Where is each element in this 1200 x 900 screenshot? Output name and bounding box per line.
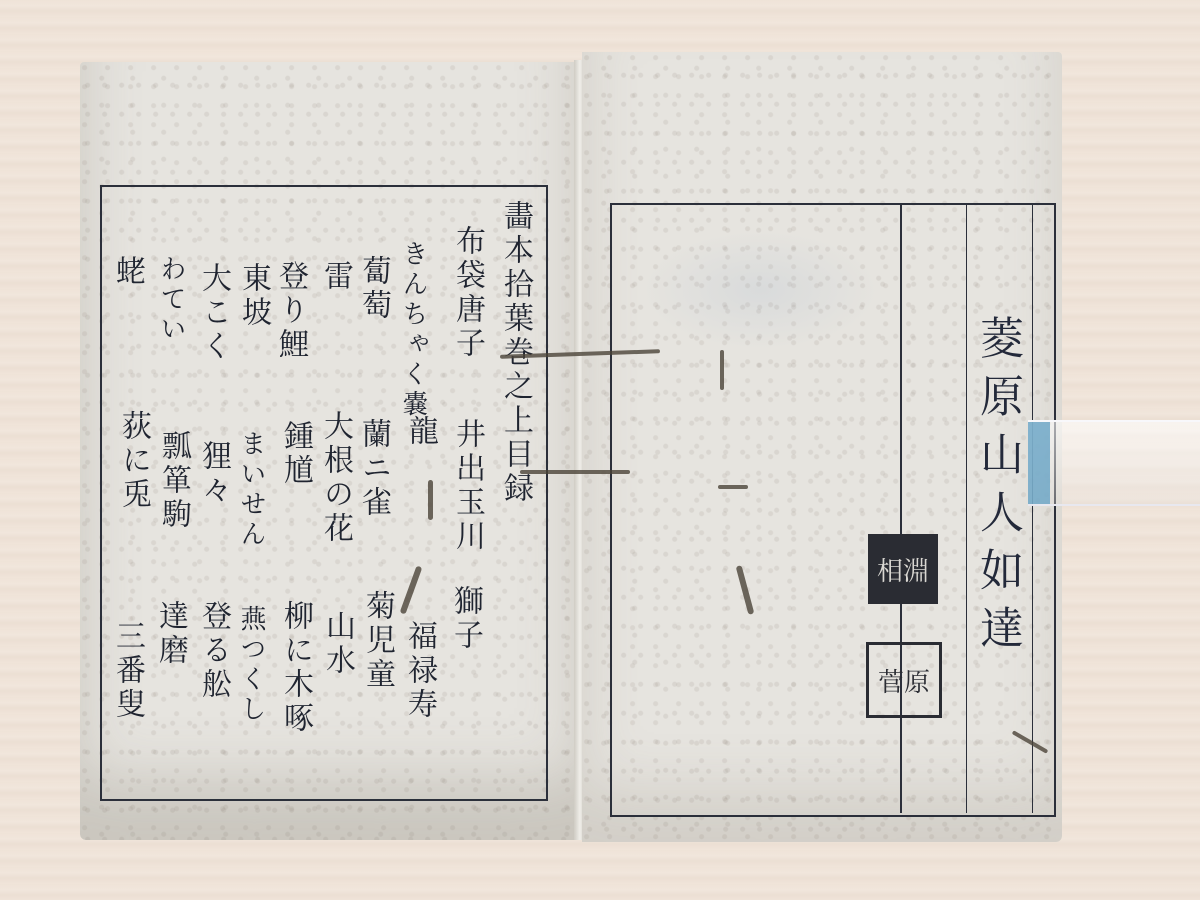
author-name: 菱原山人如達 <box>975 315 1019 663</box>
wormhole-damage <box>428 480 433 520</box>
toc-entry: 井出玉川 <box>452 418 482 554</box>
column-rule <box>966 205 967 813</box>
seal-stamp-relief: 相淵 <box>868 534 938 604</box>
acrylic-edge <box>1028 422 1050 504</box>
toc-entry: 荻に兎 <box>118 410 148 512</box>
toc-entry: きんちゃく嚢 <box>400 240 426 420</box>
toc-entry: 三番叟 <box>112 620 142 722</box>
toc-entry: 達磨 <box>155 600 185 668</box>
wormhole-damage <box>718 485 748 489</box>
toc-entry: 菊児童 <box>362 590 392 692</box>
toc-entry: 登り鯉 <box>275 260 305 362</box>
toc-entry: 大こく <box>198 262 228 364</box>
toc-entry: 大根の花 <box>320 410 350 546</box>
toc-entry: 柳に木啄 <box>280 600 310 736</box>
toc-entry: 狸々 <box>198 440 228 508</box>
toc-entry: 蔔萄 <box>358 255 388 323</box>
column-rule <box>1032 205 1033 813</box>
toc-entry: 東坡 <box>238 262 268 330</box>
toc-entry: わてい <box>158 255 184 345</box>
toc-entry: まいせん <box>238 430 264 550</box>
acrylic-book-weight <box>1028 420 1200 506</box>
toc-entry: 龍 <box>405 415 435 449</box>
toc-entry: 布袋唐子 <box>452 225 482 361</box>
seal-stamp-outline: 菅原 <box>866 642 942 718</box>
toc-entry: 鍾馗 <box>280 420 310 488</box>
toc-entry: 燕つくし <box>238 605 264 725</box>
wormhole-damage <box>520 470 630 474</box>
toc-entry: 獅子 <box>450 585 480 653</box>
toc-entry: 蛯 <box>112 255 142 289</box>
wormhole-damage <box>720 350 724 390</box>
toc-entry: 瓢箪駒 <box>158 430 188 532</box>
toc-entry: 雷 <box>320 260 350 294</box>
column-rule <box>900 205 902 813</box>
toc-entry: 蘭ニ雀 <box>358 418 388 520</box>
toc-entry: 福禄寿 <box>404 620 434 722</box>
toc-entry: 山水 <box>322 610 352 678</box>
toc-entry: 登る舩 <box>198 600 228 702</box>
